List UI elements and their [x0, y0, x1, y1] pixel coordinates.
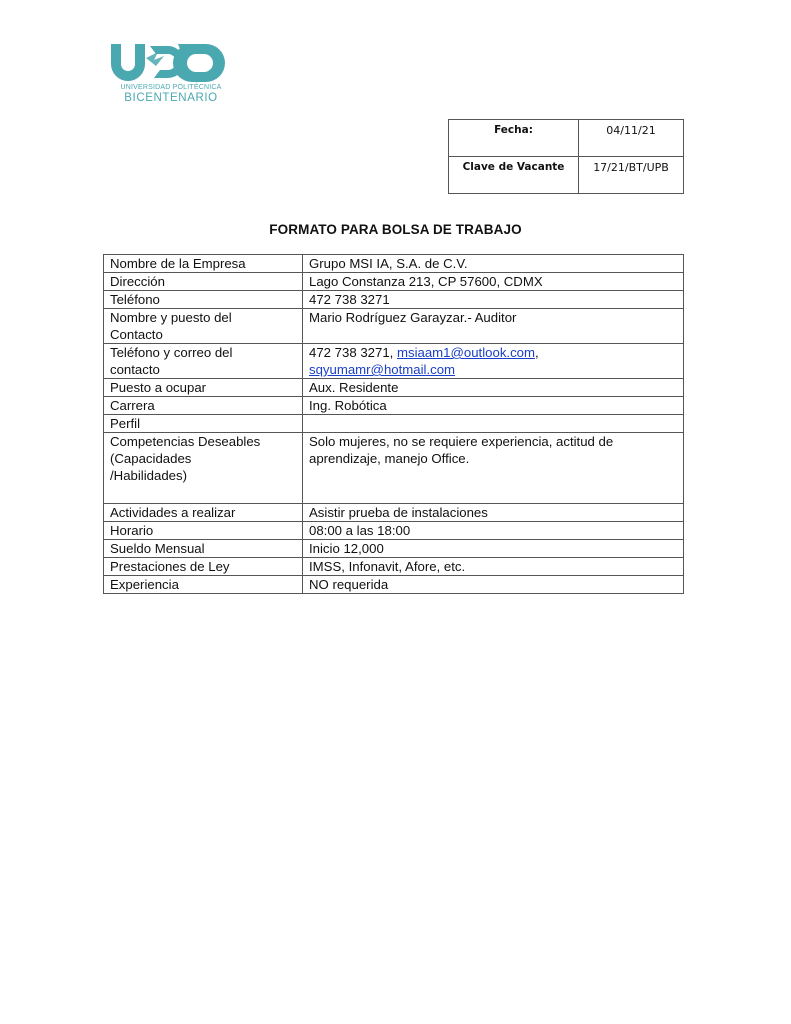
direccion-label: Dirección [104, 273, 303, 291]
contacto-label-line2: Contacto [110, 327, 163, 342]
fecha-label: Fecha: [449, 120, 579, 157]
email-separator: , [535, 345, 539, 360]
tel-correo-label-line2: contacto [110, 362, 160, 377]
competencias-label-line3: /Habilidades) [110, 468, 187, 483]
empresa-label: Nombre de la Empresa [104, 255, 303, 273]
table-row: Teléfono y correo del contacto 472 738 3… [104, 344, 684, 379]
table-row: Puesto a ocupar Aux. Residente [104, 379, 684, 397]
contacto-value: Mario Rodríguez Garayzar.- Auditor [303, 309, 684, 344]
upb-logo-icon [108, 40, 234, 84]
email-link-hotmail[interactable]: sqyumamr@hotmail.com [309, 362, 455, 377]
table-row: Teléfono 472 738 3271 [104, 291, 684, 309]
fecha-value: 04/11/21 [579, 120, 684, 157]
fecha-row: Fecha: 04/11/21 [449, 120, 684, 157]
prestaciones-value: IMSS, Infonavit, Afore, etc. [303, 558, 684, 576]
clave-value: 17/21/BT/UPB [579, 157, 684, 194]
table-row: Horario 08:00 a las 18:00 [104, 522, 684, 540]
sueldo-value: Inicio 12,000 [303, 540, 684, 558]
clave-label: Clave de Vacante [449, 157, 579, 194]
actividades-value: Asistir prueba de instalaciones [303, 504, 684, 522]
empresa-value: Grupo MSI IA, S.A. de C.V. [303, 255, 684, 273]
horario-value: 08:00 a las 18:00 [303, 522, 684, 540]
perfil-label: Perfil [104, 415, 303, 433]
table-row: Perfil [104, 415, 684, 433]
university-logo: UNIVERSIDAD POLITÉCNICA BICENTENARIO [108, 40, 238, 108]
perfil-value [303, 415, 684, 433]
sueldo-label: Sueldo Mensual [104, 540, 303, 558]
email-link-outlook[interactable]: msiaam1@outlook.com [397, 345, 535, 360]
horario-label: Horario [104, 522, 303, 540]
contacto-label-line1: Nombre y puesto del [110, 310, 232, 325]
job-form-table: Nombre de la Empresa Grupo MSI IA, S.A. … [103, 254, 684, 594]
tel-correo-label: Teléfono y correo del contacto [104, 344, 303, 379]
tel-correo-value: 472 738 3271, msiaam1@outlook.com, sqyum… [303, 344, 684, 379]
competencias-label-line2: (Capacidades [110, 451, 191, 466]
experiencia-value: NO requerida [303, 576, 684, 594]
contacto-label: Nombre y puesto del Contacto [104, 309, 303, 344]
telefono-value: 472 738 3271 [303, 291, 684, 309]
actividades-label: Actividades a realizar [104, 504, 303, 522]
vacancy-meta-table: Fecha: 04/11/21 Clave de Vacante 17/21/B… [448, 119, 684, 194]
clave-row: Clave de Vacante 17/21/BT/UPB [449, 157, 684, 194]
competencias-label-line1: Competencias Deseables [110, 434, 260, 449]
competencias-value: Solo mujeres, no se requiere experiencia… [303, 433, 684, 504]
table-row: Nombre y puesto del Contacto Mario Rodrí… [104, 309, 684, 344]
table-row: Actividades a realizar Asistir prueba de… [104, 504, 684, 522]
logo-university-text: UNIVERSIDAD POLITÉCNICA [108, 84, 234, 91]
prestaciones-label: Prestaciones de Ley [104, 558, 303, 576]
tel-correo-label-line1: Teléfono y correo del [110, 345, 232, 360]
carrera-label: Carrera [104, 397, 303, 415]
table-row: Dirección Lago Constanza 213, CP 57600, … [104, 273, 684, 291]
table-row: Prestaciones de Ley IMSS, Infonavit, Afo… [104, 558, 684, 576]
table-row: Sueldo Mensual Inicio 12,000 [104, 540, 684, 558]
telefono-label: Teléfono [104, 291, 303, 309]
direccion-value: Lago Constanza 213, CP 57600, CDMX [303, 273, 684, 291]
logo-bicentenario-text: BICENTENARIO [108, 92, 234, 104]
carrera-value: Ing. Robótica [303, 397, 684, 415]
experiencia-label: Experiencia [104, 576, 303, 594]
competencias-label: Competencias Deseables (Capacidades /Hab… [104, 433, 303, 504]
page-title: FORMATO PARA BOLSA DE TRABAJO [0, 222, 791, 237]
table-row: Competencias Deseables (Capacidades /Hab… [104, 433, 684, 504]
table-row: Carrera Ing. Robótica [104, 397, 684, 415]
puesto-label: Puesto a ocupar [104, 379, 303, 397]
table-row: Experiencia NO requerida [104, 576, 684, 594]
puesto-value: Aux. Residente [303, 379, 684, 397]
contact-phone: 472 738 3271, [309, 345, 397, 360]
table-row: Nombre de la Empresa Grupo MSI IA, S.A. … [104, 255, 684, 273]
